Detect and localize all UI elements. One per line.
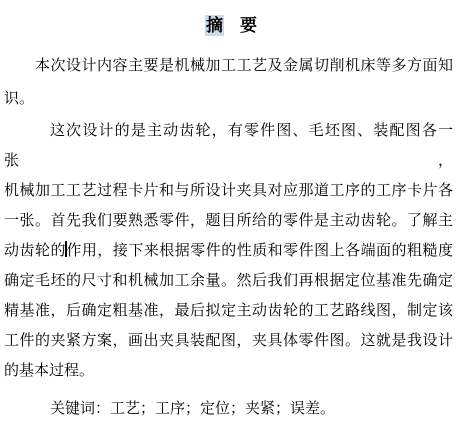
paragraph-2[interactable]: 这次设计的是主动齿轮，有零件图、毛坯图、装配图各一张， 机械加工工艺过程卡片和与… bbox=[0, 116, 462, 386]
text-line[interactable]: 工件的夹紧方案，画出夹具装配图，夹具体零件图。这就是我设计 bbox=[4, 326, 453, 356]
text-line[interactable]: 的基本过程。 bbox=[4, 356, 453, 386]
title-char: 要 bbox=[240, 16, 257, 35]
text-line[interactable]: 机械加工工艺过程卡片和与所设计夹具对应那道工序的工序卡片各 bbox=[4, 176, 453, 206]
document-page[interactable]: 摘要 本次设计内容主要是机械加工工艺及金属切削机床等多方面知 识。 这次设计的是… bbox=[0, 0, 462, 435]
text-line[interactable]: 精基准，后确定粗基准，最后拟定主动齿轮的工艺路线图，制定该 bbox=[4, 296, 453, 326]
text-line[interactable]: 一张。首先我们要熟悉零件，题目所给的零件是主动齿轮。了解主 bbox=[4, 206, 453, 236]
paragraph-1[interactable]: 本次设计内容主要是机械加工工艺及金属切削机床等多方面知 识。 bbox=[0, 49, 462, 115]
document-title: 摘要 bbox=[0, 15, 462, 37]
text-line-with-caret[interactable]: 动齿轮的作用，接下来根据零件的性质和零件图上各端面的粗糙度 bbox=[4, 236, 453, 266]
keywords-line[interactable]: 关键词：工艺；工序；定位；夹紧；误差。 bbox=[0, 399, 462, 419]
text-line[interactable]: 确定毛坯的尺寸和机械加工余量。然后我们再根据定位基准先确定 bbox=[4, 266, 453, 296]
text-line[interactable]: 识。 bbox=[4, 82, 453, 115]
text-line[interactable]: 本次设计内容主要是机械加工工艺及金属切削机床等多方面知 bbox=[4, 49, 453, 82]
text-after-caret: 作用，接下来根据零件的性质和零件图上各端面的粗糙度 bbox=[66, 242, 453, 259]
text-before-caret: 动齿轮的 bbox=[4, 242, 66, 259]
title-char-highlighted: 摘 bbox=[205, 15, 224, 36]
text-line[interactable]: 这次设计的是主动齿轮，有零件图、毛坯图、装配图各一张， bbox=[4, 116, 453, 176]
